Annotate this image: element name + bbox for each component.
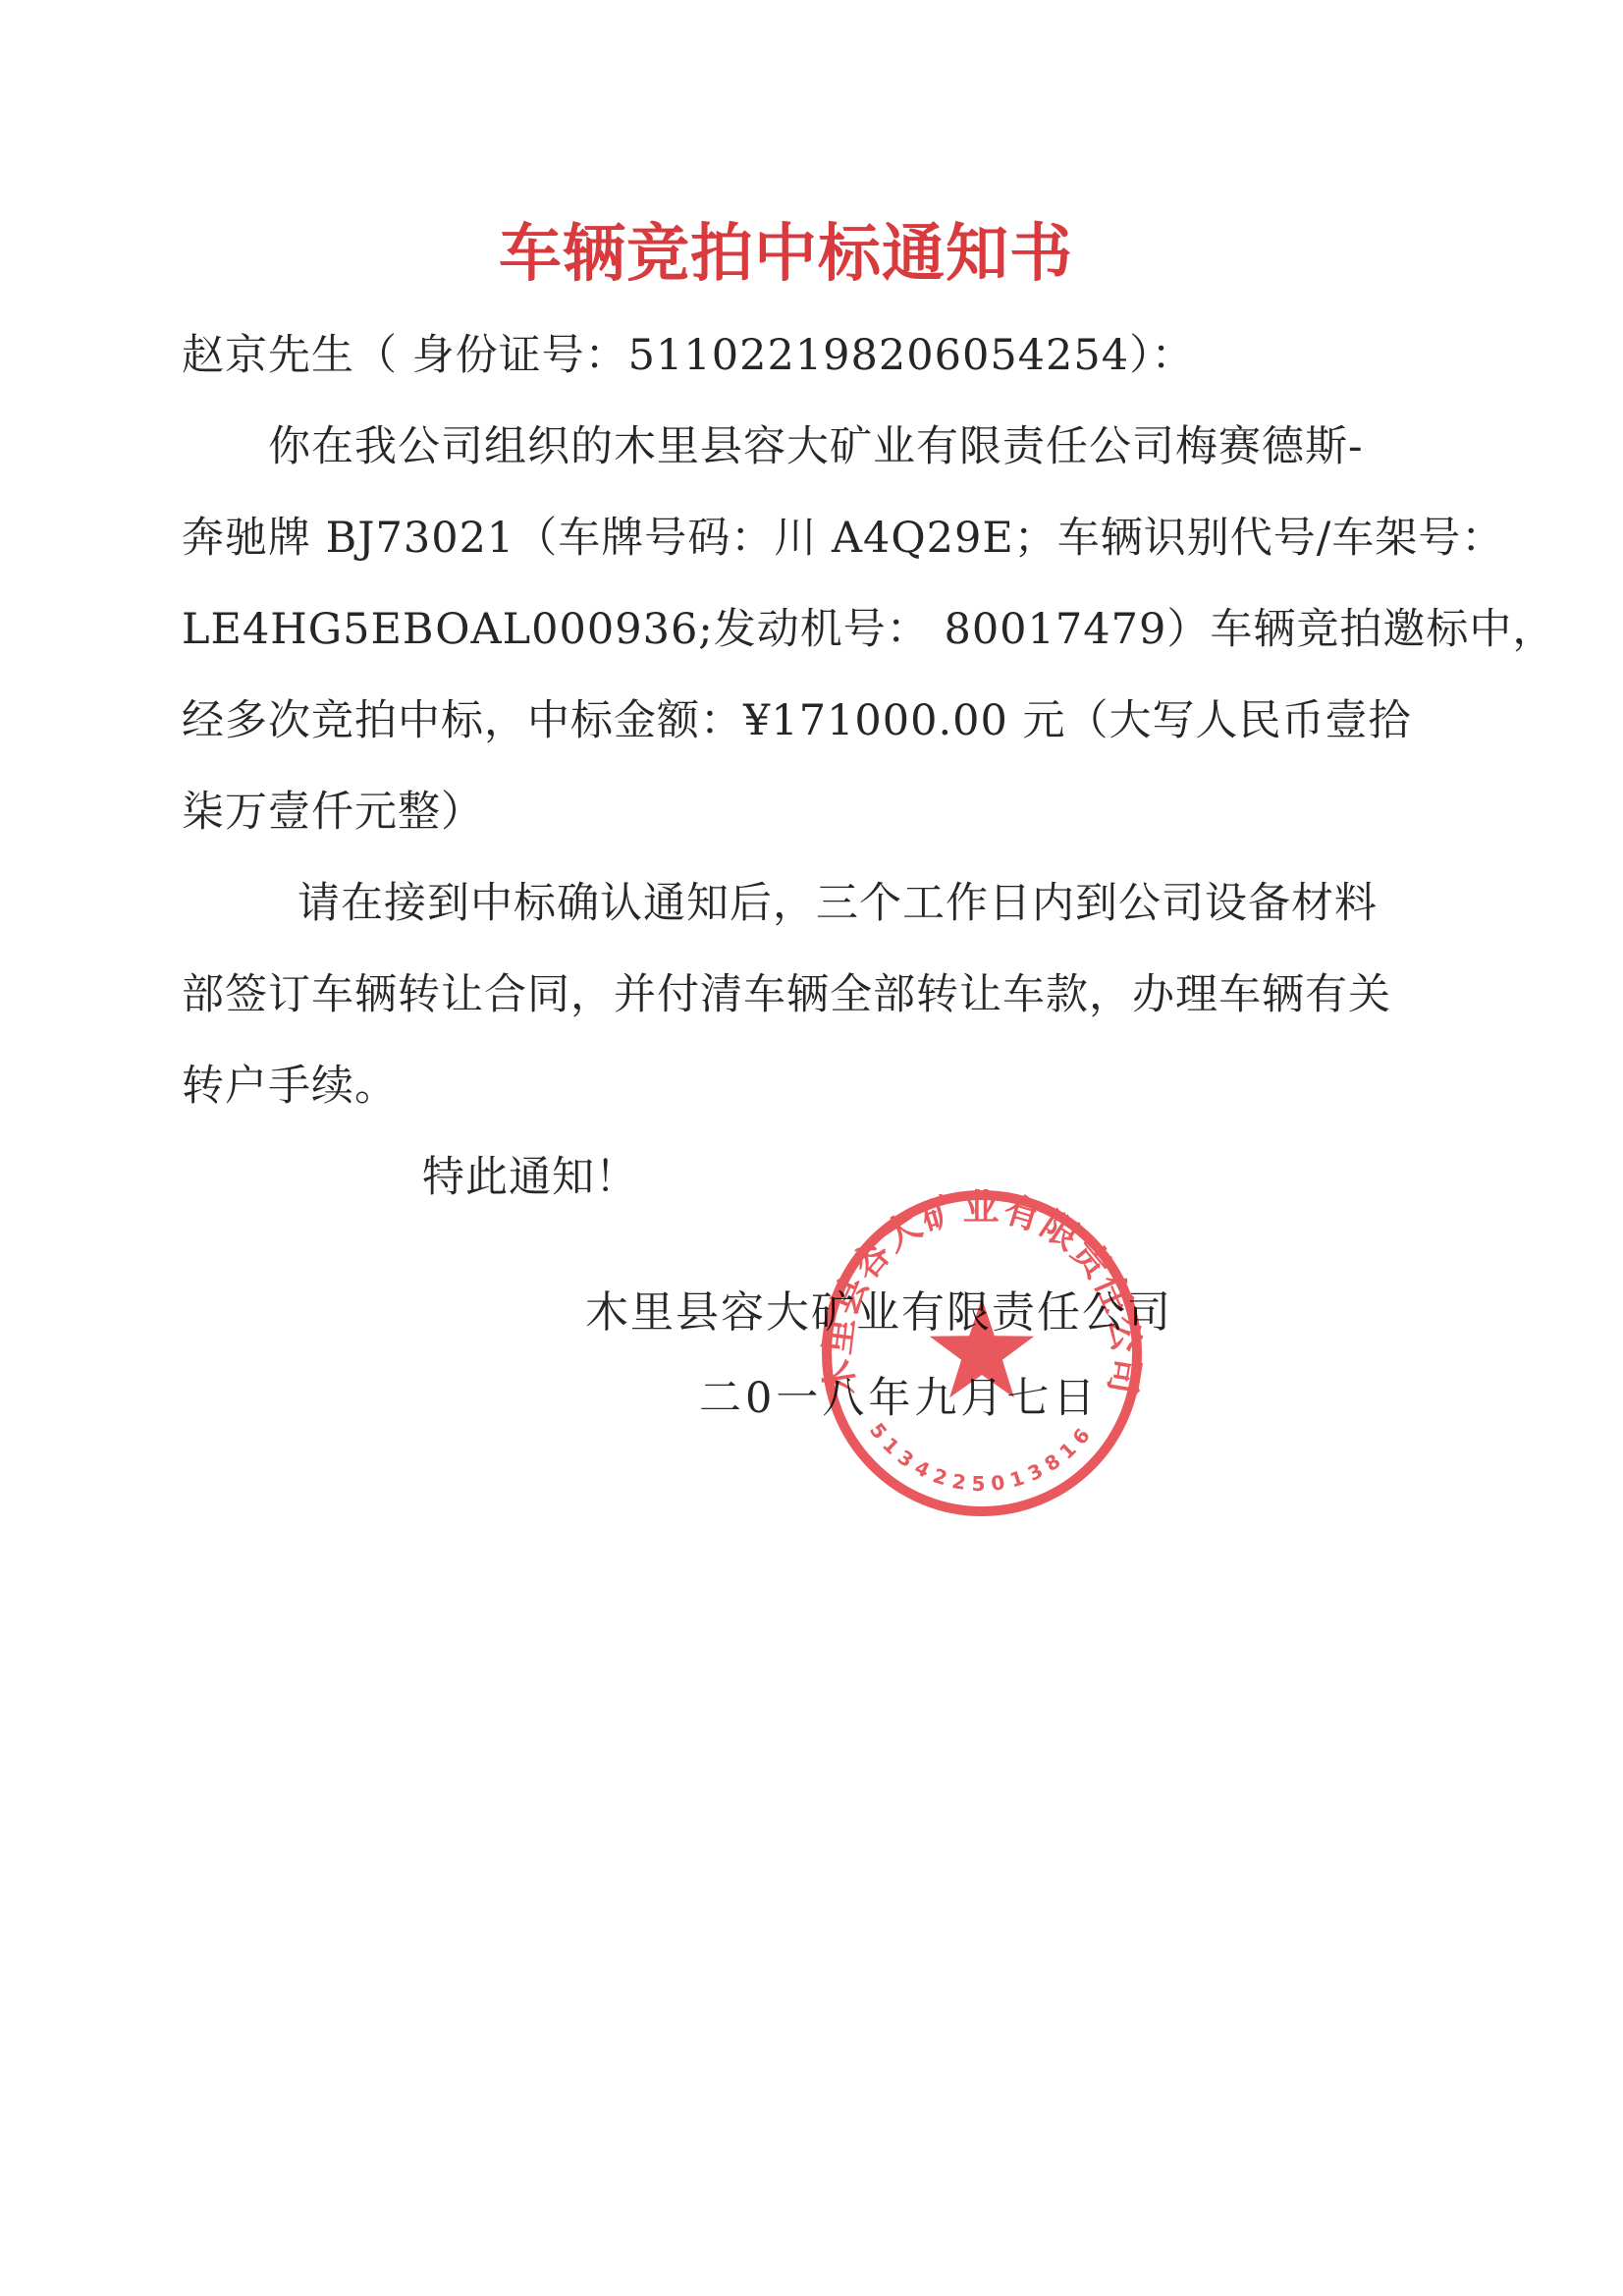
page-title: 车辆竞拍中标通知书 [0, 203, 1597, 294]
body-line-amount-words: 柒万壹仟元整） [182, 767, 1419, 858]
document-page: 车辆竞拍中标通知书 赵京先生（ 身份证号：511022198206054254）… [0, 0, 1623, 2296]
body-line-recipient: 赵京先生（ 身份证号：511022198206054254）： [182, 310, 1419, 402]
body-line-instruction-2: 部签订车辆转让合同，并付清车辆全部转让车款，办理车辆有关 [182, 950, 1419, 1041]
body-line-vehicle: 奔驰牌 BJ73021（车牌号码：川 A4Q29E；车辆识别代号/车架号： [182, 493, 1419, 584]
body-line-vin-engine: LE4HG5EBOAL000936;发动机号： 80017479）车辆竞拍邀标中… [182, 584, 1419, 676]
body-line-intro: 你在我公司组织的木里县容大矿业有限责任公司梅赛德斯- [182, 402, 1419, 493]
body-line-instruction-3: 转户手续。 [182, 1041, 1419, 1132]
official-seal: 木里县容大矿业有限责任公司 5134225013816 [815, 1184, 1149, 1522]
seal-star-icon [930, 1298, 1035, 1397]
body-line-instruction-1: 请在接到中标确认通知后，三个工作日内到公司设备材料 [182, 858, 1419, 950]
body-line-notice-closing: 特此通知！ [182, 1132, 1419, 1224]
body-line-bid-amount: 经多次竞拍中标，中标金额：¥171000.00 元（大写人民币壹拾 [182, 676, 1419, 767]
document-body: 赵京先生（ 身份证号：511022198206054254）： 你在我公司组织的… [182, 310, 1419, 1224]
